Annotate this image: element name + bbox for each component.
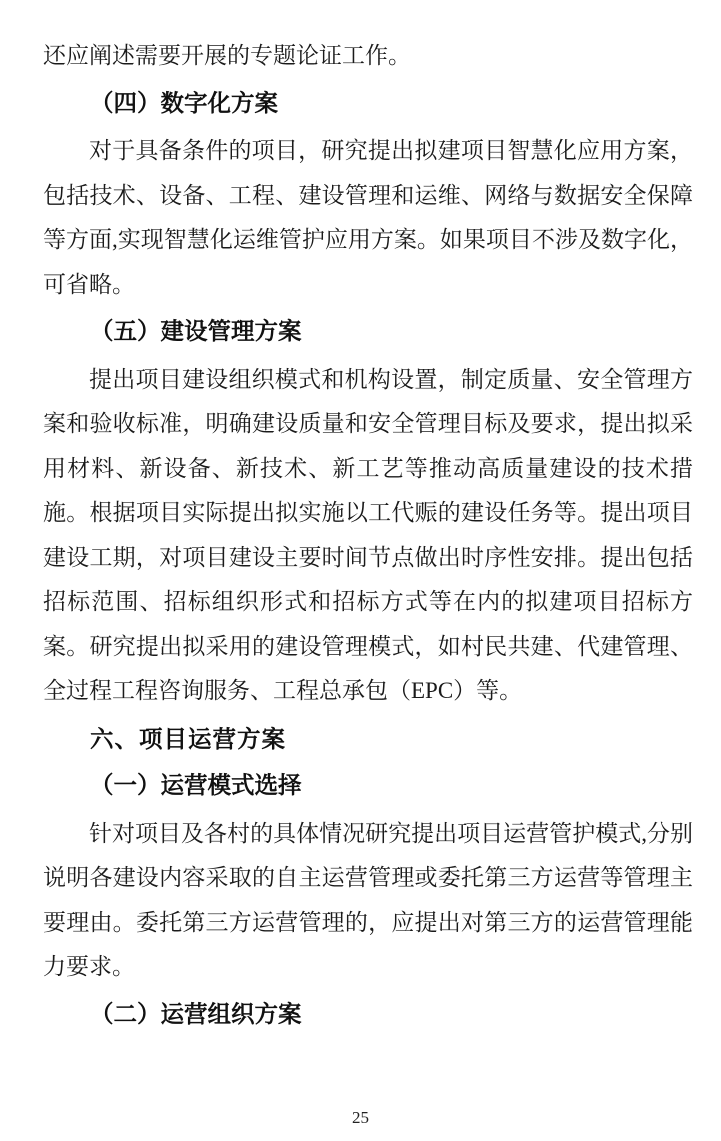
paragraph-continuation: 还应阐述需要开展的专题论证工作。 — [43, 34, 693, 79]
paragraph-digitalization-plan: 对于具备条件的项目，研究提出拟建项目智慧化应用方案，包括技术、设备、工程、建设管… — [43, 129, 693, 307]
page-number: 25 — [0, 1108, 721, 1128]
paragraph-construction-management-plan: 提出项目建设组织模式和机构设置，制定质量、安全管理方案和验收标准，明确建设质量和… — [43, 358, 693, 714]
paragraph-operation-mode-selection: 针对项目及各村的具体情况研究提出项目运营管护模式,分别说明各建设内容采取的自主运… — [43, 812, 693, 990]
section-heading-6-1-operation-mode: （一）运营模式选择 — [43, 764, 693, 809]
section-heading-4-digitalization: （四）数字化方案 — [43, 82, 693, 127]
document-page: 还应阐述需要开展的专题论证工作。 （四）数字化方案 对于具备条件的项目，研究提出… — [0, 0, 721, 1141]
chapter-heading-6-operation-plan: 六、项目运营方案 — [43, 717, 693, 762]
section-heading-6-2-operation-organization: （二）运营组织方案 — [43, 993, 693, 1038]
section-heading-5-construction-management: （五）建设管理方案 — [43, 310, 693, 355]
